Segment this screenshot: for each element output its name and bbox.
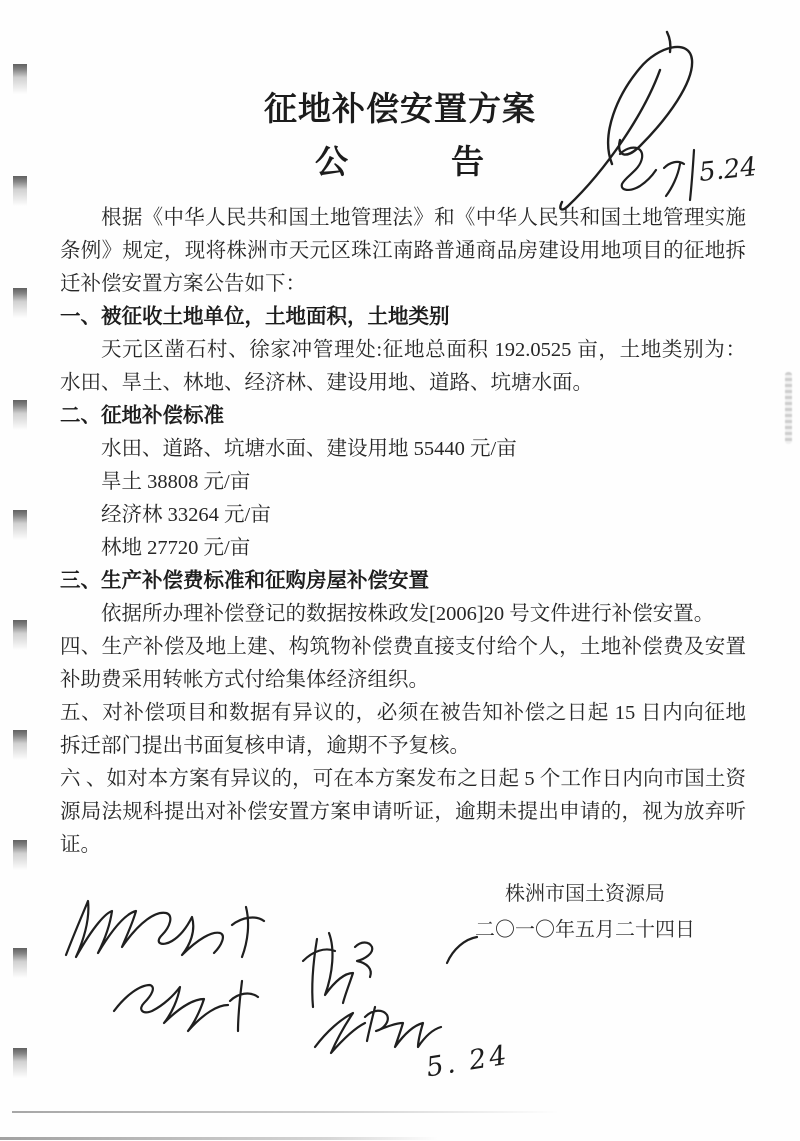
compensation-item: 水田、道路、坑塘水面、建设用地 55440 元/亩 <box>60 433 746 466</box>
scanned-document-page: 征地补偿安置方案 公 告 根据《中华人民共和国土地管理法》和《中华人民共和国土地… <box>0 0 800 1141</box>
scan-artifact-line <box>0 1137 438 1140</box>
issuer-name: 株洲市国土资源局 <box>440 876 730 912</box>
section-1-body: 天元区凿石村、徐家冲管理处:征地总面积 192.0525 亩，土地类别为：水田、… <box>60 334 746 400</box>
handwritten-signature-bottom-left <box>50 885 320 1050</box>
scan-artifact-line <box>12 1111 560 1113</box>
section-3-heading: 三、生产补偿费标准和征购房屋补偿安置 <box>60 565 746 598</box>
binder-mark <box>13 288 27 318</box>
document-body: 根据《中华人民共和国土地管理法》和《中华人民共和国土地管理实施条例》规定，现将株… <box>60 202 746 862</box>
binder-mark <box>13 948 27 978</box>
handwritten-date-note: 5.24 <box>698 152 759 188</box>
binder-mark <box>13 1048 27 1078</box>
binder-mark <box>13 620 27 650</box>
binder-mark <box>13 840 27 870</box>
binder-mark <box>13 510 27 540</box>
section-1-heading: 一、被征收土地单位，土地面积，土地类别 <box>60 301 746 334</box>
compensation-item: 林地 27720 元/亩 <box>60 532 746 565</box>
section-4-paragraph: 四、生产补偿及地上建、构筑物补偿费直接支付给个人，土地补偿费及安置补助费采用转帐… <box>60 631 746 697</box>
compensation-item: 经济林 33264 元/亩 <box>60 499 746 532</box>
binder-mark <box>13 400 27 430</box>
section-6-paragraph: 六 、如对本方案有异议的，可在本方案发布之日起 5 个工作日内向市国土资源局法规… <box>60 763 746 862</box>
section-3-body: 依据所办理补偿登记的数据按株政发[2006]20 号文件进行补偿安置。 <box>60 598 746 631</box>
binder-mark <box>13 730 27 760</box>
scan-artifact-smudge <box>785 372 792 444</box>
handwritten-signature-top-right <box>540 14 780 224</box>
section-2-heading: 二、征地补偿标准 <box>60 400 746 433</box>
section-5-paragraph: 五、对补偿项目和数据有异议的，必须在被告知补偿之日起 15 日内向征地拆迁部门提… <box>60 697 746 763</box>
compensation-item: 旱土 38808 元/亩 <box>60 466 746 499</box>
